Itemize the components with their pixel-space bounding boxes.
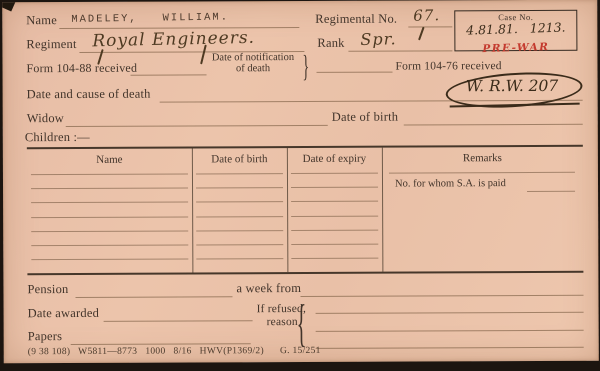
regiment-label: Regiment <box>26 37 76 52</box>
form-104-76-label: Form 104-76 received <box>395 60 501 72</box>
case-no-box: Case No. 4.81.81. 1213. PRE-WAR <box>454 10 577 52</box>
table-row-rule <box>31 229 188 232</box>
table-row-rule <box>291 186 378 188</box>
rank-line <box>348 49 452 51</box>
table-rules-dob-col <box>196 148 284 272</box>
pension-label: Pension <box>27 282 68 297</box>
table-rules-name-col <box>31 148 189 273</box>
photo-corner-shadow <box>2 0 15 11</box>
form-104-88-line <box>131 73 207 75</box>
table-row-rule <box>31 201 188 204</box>
table-row-rule <box>196 257 283 259</box>
death-label: Date and cause of death <box>27 87 151 103</box>
date-awarded-label: Date awarded <box>28 306 100 321</box>
table-row-rule <box>31 215 188 218</box>
card-content: Name MADELEY, WILLIAM. Regimental No. 67… <box>2 0 599 363</box>
notification-line2: of death <box>203 63 302 74</box>
children-table: Name Date of birth Date of expiry Remark… <box>27 145 584 275</box>
regimental-no-label: Regimental No. <box>315 12 397 27</box>
regimental-no-line <box>408 25 452 27</box>
refused-line-2 <box>316 329 584 332</box>
closing-brace: } <box>302 52 309 87</box>
scanned-record-card-photo: { "card": { "name": { "label": "Name", "… <box>0 0 600 371</box>
table-row-rule <box>291 172 378 174</box>
table-column-divider <box>192 148 194 272</box>
papers-label: Papers <box>28 329 63 344</box>
a-week-from-line <box>300 294 583 297</box>
table-row-rule <box>31 172 188 175</box>
wrw-stamp-text: W. R.W. 207 <box>446 77 579 96</box>
widow-dob-line <box>404 123 583 126</box>
case-no-value: 4.81.81. 1213. <box>455 19 576 38</box>
pen-stroke <box>418 27 424 41</box>
table-row-rule <box>196 229 283 231</box>
remarks-note-line <box>527 190 575 192</box>
regimental-no-value: 67. <box>413 6 440 25</box>
regiment-value: Royal Engineers. <box>92 28 255 52</box>
widow-dob-label: Date of birth <box>332 110 399 125</box>
papers-line <box>71 342 251 345</box>
table-row-rule <box>291 243 378 245</box>
table-row-rule <box>196 215 283 217</box>
table-row-rule <box>291 214 378 216</box>
pension-line <box>75 295 232 298</box>
a-week-from-label: a week from <box>236 281 301 296</box>
table-header-remarks: Remarks <box>382 152 583 165</box>
table-row-rule <box>31 187 188 190</box>
table-column-divider <box>287 148 289 272</box>
table-row-rule <box>196 172 283 174</box>
rank-label: Rank <box>317 36 344 51</box>
rank-value: Spr. <box>360 29 397 49</box>
table-row-rule <box>31 258 188 261</box>
name-value: MADELEY, WILLIAM. <box>71 11 229 25</box>
table-row-rule <box>196 186 283 188</box>
record-card: Name MADELEY, WILLIAM. Regimental No. 67… <box>2 0 599 363</box>
printer-imprint: (9 38 108) W5811—8773 1000 8/16 HWV(P136… <box>28 346 321 357</box>
table-row-rule <box>291 257 378 259</box>
table-row-rule <box>196 243 283 245</box>
remarks-header-rule <box>389 171 575 174</box>
widow-label: Widow <box>27 111 64 126</box>
refused-line-1 <box>316 311 584 314</box>
children-heading: Children :— <box>25 130 90 145</box>
form-104-88-label: Form 104-88 received <box>26 61 137 76</box>
name-label: Name <box>26 13 57 28</box>
widow-line <box>66 124 328 127</box>
refused-line-3 <box>316 346 584 349</box>
remarks-note: No. for whom S.A. is paid <box>395 178 506 189</box>
table-row-rule <box>196 200 283 202</box>
table-row-rule <box>291 200 378 202</box>
if-refused-reason-label: reason <box>267 316 298 328</box>
table-row-rule <box>291 228 378 230</box>
table-row-rule <box>31 243 188 246</box>
notification-line <box>317 71 393 73</box>
notification-of-death-label: Date of notification of death <box>203 53 302 74</box>
date-awarded-line <box>104 319 253 322</box>
pre-war-stamp: PRE-WAR <box>455 40 576 56</box>
table-rules-expiry-col <box>291 148 379 272</box>
table-column-divider <box>382 148 384 272</box>
